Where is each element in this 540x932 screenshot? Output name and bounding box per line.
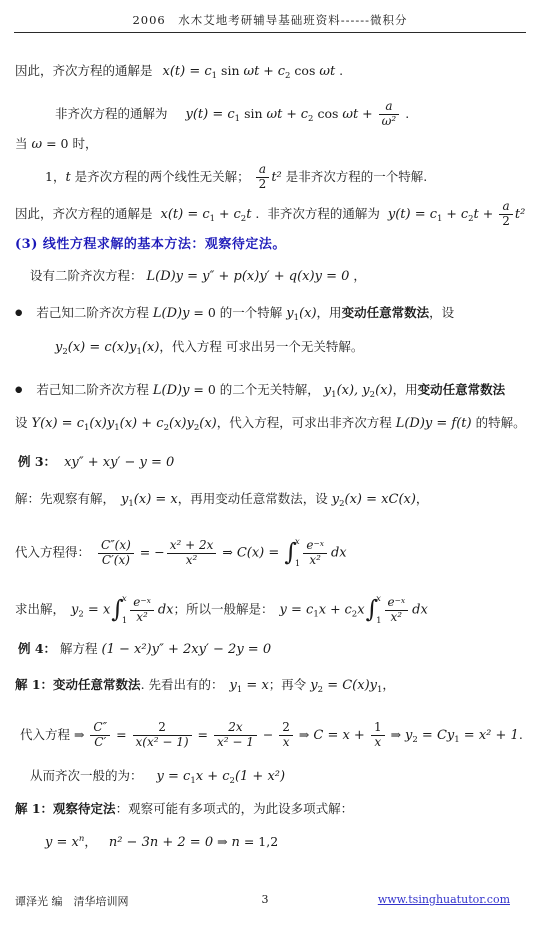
page-number: 3 [240,893,290,906]
para-homogeneous-general-solution: 因此，齐次方程的通解是x(t) = c1 sin ωt + c2 cos ωt … [15,63,343,82]
example-3-solution: 解：先观察有解，y1(x) = x，再用变动任意常数法，设 y2(x) = xC… [15,491,428,510]
para-nonhomogeneous-general-solution: 非齐次方程的通解为y(t) = c1 sin ωt + c2 cos ωt + … [55,100,409,129]
para-general-solutions-omega-zero: 因此，齐次方程的通解是x(t) = c1 + c2t . 非齐次方程的通解为y(… [15,200,525,229]
footer-link[interactable]: www.tsinghuatutor.com [378,893,510,906]
example-4-polynomial: y = xn，n² − 3n + 2 = 0 ⇒ n = 1,2 [45,834,278,851]
example-4-solution-2: 解 1：观察待定法：观察可能有多项式的，为此设多项式解： [15,801,353,817]
para-second-order-equation: 设有二阶齐次方程： L(D)y = y″ + p(x)y′ + q(x)y = … [30,268,366,285]
para-substitute-find-solution: y2(x) = c(x)y1(x)，代入方程 可求出另一个无关特解。 [55,339,363,358]
heading-method: (3) 线性方程求解的基本方法：观察待定法。 [15,236,286,253]
footer-author: 谭泽光 编 清华培训网 [15,893,129,909]
example-4-substitute: 代入方程 ⇒ C″C′ = 2x(x² − 1) = 2xx² − 1 − 2x… [20,721,523,750]
page-header-title: 2006 水木艾地考研辅导基础班资料------微积分 [0,12,540,28]
example-4-solution-1: 解 1：变动任意常数法. 先看出有的：y1 = x；再令 y2 = C(x)y1… [15,677,395,696]
bullet-known-one-solution: ●若己知二阶齐次方程 L(D)y = 0 的一个特解 y1(x)，用变动任意常数… [15,305,454,324]
example-4-title: 例 4： 解方程 (1 − x²)y″ + 2xy′ − 2y = 0 [18,641,271,658]
example-3-substitute: 代入方程得：C″(x)C′(x) = −x² + 2xx² ⇒ C(x) = ∫… [15,538,347,568]
para-omega-zero: 当 ω = 0 时， [15,136,97,153]
example-3-general-solution: 求出解，y2 = x∫x1e−xx²dx；所以一般解是：y = c1x + c2… [15,595,428,625]
header-divider [14,32,526,33]
bullet-known-two-solutions: ●若己知二阶齐次方程 L(D)y = 0 的二个无关特解， y1(x), y2(… [15,382,505,401]
example-3-title: 例 3：xy″ + xy′ − y = 0 [18,454,174,471]
example-4-homogeneous-general: 从而齐次一般的为：y = c1x + c2(1 + x²) [30,768,285,787]
para-variation-formula: 设 Y(x) = c1(x)y1(x) + c2(x)y2(x)，代入方程，可求… [15,415,526,434]
document-page: 2006 水木艾地考研辅导基础班资料------微积分 因此，齐次方程的通解是x… [0,0,540,932]
para-independent-solutions: 1，t 是齐次方程的两个线性无关解；a2t² 是非齐次方程的一个特解. [45,163,427,192]
